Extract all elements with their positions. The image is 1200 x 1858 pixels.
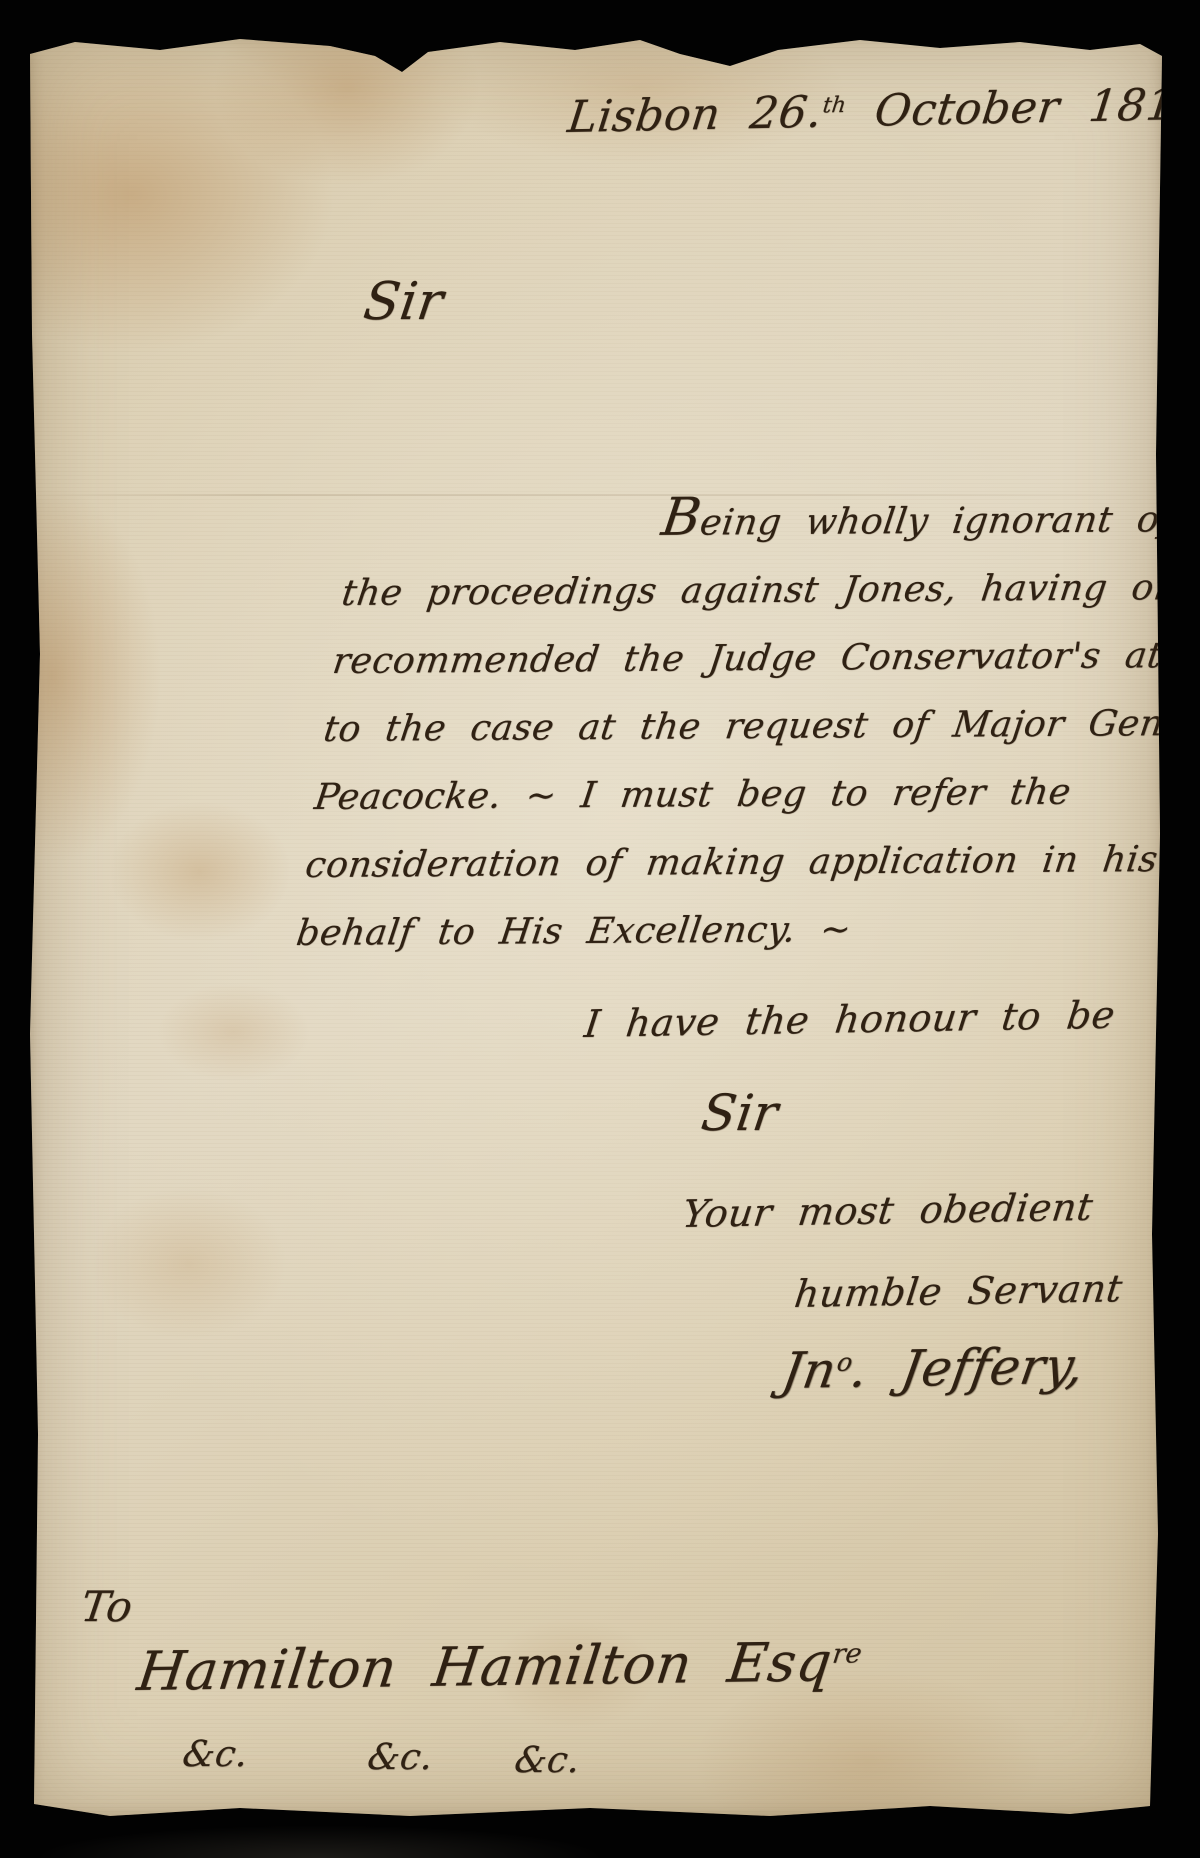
dateline-place-day: Lisbon 26. xyxy=(565,87,825,143)
address-to: To xyxy=(78,1582,136,1631)
closing-obedient-line: Your most obedient xyxy=(680,1185,1096,1236)
signature-rest: . Jeffery, xyxy=(847,1337,1089,1399)
etc-mark: &c. xyxy=(180,1734,251,1775)
closing-honour-line: I have the honour to be xyxy=(582,993,1118,1046)
body-line: Peacocke. ~ I must beg to refer the xyxy=(310,758,1200,832)
address-name-superscript: re xyxy=(831,1638,864,1669)
dateline-month-year: October 1812 xyxy=(872,79,1200,137)
body-line: recommended the Judge Conservator's atte… xyxy=(328,622,1200,696)
salutation: Sir xyxy=(360,272,447,332)
signature-prefix: Jn xyxy=(778,1341,841,1400)
dateline-ordinal: th xyxy=(821,93,847,118)
scan-table-shadow xyxy=(40,1826,600,1858)
body-line: Being wholly ignorant of xyxy=(346,480,1200,560)
signature: Jno. Jeffery, xyxy=(778,1337,1088,1400)
closing-sir: Sir xyxy=(698,1084,782,1142)
etc-mark: &c. xyxy=(365,1737,436,1778)
body-line: consideration of making application in h… xyxy=(301,826,1191,900)
body-line: to the case at the request of Major Gene… xyxy=(319,690,1200,764)
body-line: behalf to His Excellency. ~ xyxy=(292,894,1182,968)
address-name-text: Hamilton Hamilton Esq xyxy=(134,1630,836,1703)
closing-servant-line: humble Servant xyxy=(792,1266,1125,1316)
etc-mark: &c. xyxy=(512,1740,583,1781)
address-name: Hamilton Hamilton Esqre xyxy=(134,1630,865,1703)
letter-body: Being wholly ignorant of the proceedings… xyxy=(292,480,1200,968)
letter-paper: Lisbon 26.th October 1812 Sir Being whol… xyxy=(30,34,1162,1816)
body-line: the proceedings against Jones, having on… xyxy=(337,554,1200,628)
scan-background: Lisbon 26.th October 1812 Sir Being whol… xyxy=(0,0,1200,1858)
dateline: Lisbon 26.th October 1812 xyxy=(565,79,1200,143)
